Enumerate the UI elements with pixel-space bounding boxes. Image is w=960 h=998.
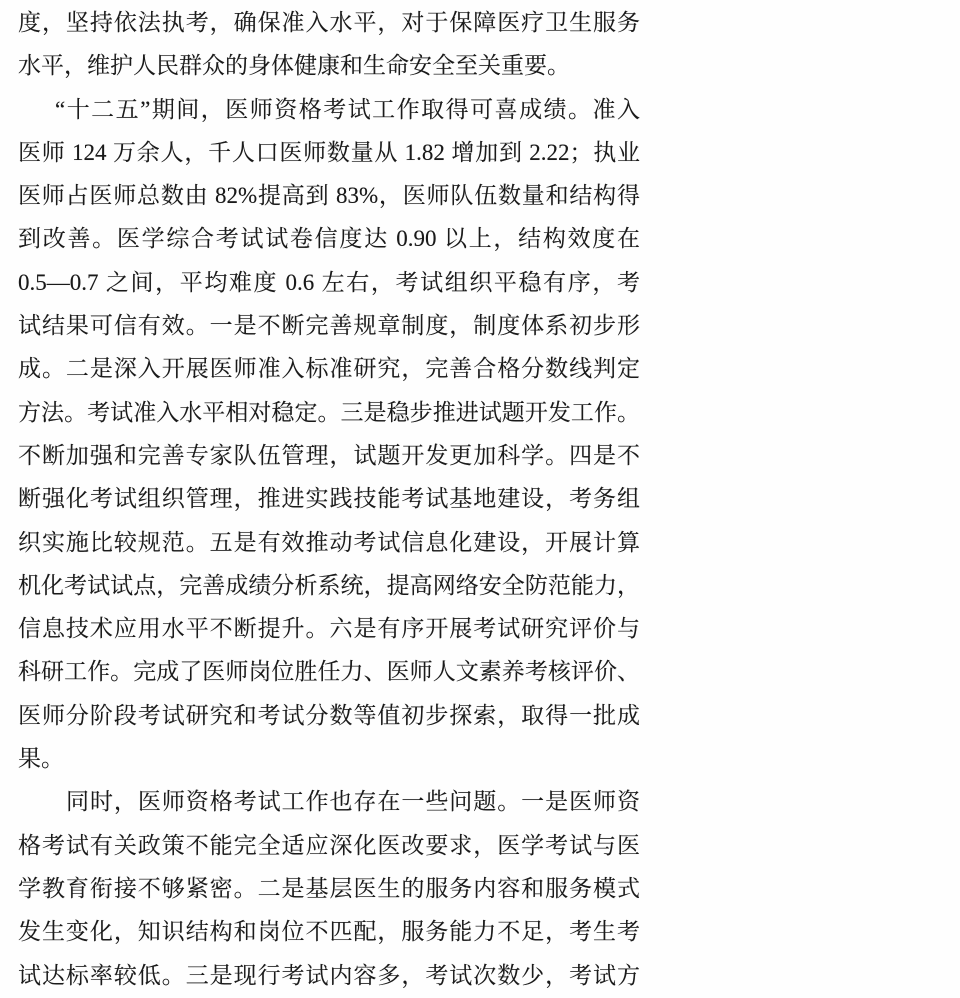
text-line paragraph-start: 同时，医师资格考试工作也存在一些问题。一是医师资	[18, 780, 640, 823]
text-line: 试结果可信有效。一是不断完善规章制度，制度体系初步形	[18, 304, 640, 347]
text-line: 织实施比较规范。五是有效推动考试信息化建设，开展计算	[18, 521, 640, 564]
text-block: 度，坚持依法执考，确保准入水平，对于保障医疗卫生服务 水平，维护人民群众的身体健…	[18, 1, 640, 997]
text-line paragraph-start: “十二五”期间，医师资格考试工作取得可喜成绩。准入	[18, 88, 640, 131]
text-line: 成。二是深入开展医师准入标准研究，完善合格分数线判定	[18, 347, 640, 390]
text-line paragraph-end: 果。	[18, 737, 640, 780]
text-line: 学教育衔接不够紧密。二是基层医生的服务内容和服务模式	[18, 867, 640, 910]
text-line: 水平，维护人民群众的身体健康和生命安全至关重要。	[18, 44, 640, 87]
text-line: 到改善。医学综合考试试卷信度达 0.90 以上，结构效度在	[18, 217, 640, 260]
text-line: 医师占医师总数由 82%提高到 83%，医师队伍数量和结构得	[18, 174, 640, 217]
text-line: 不断加强和完善专家队伍管理，试题开发更加科学。四是不	[18, 434, 640, 477]
text-line: 发生变化，知识结构和岗位不匹配，服务能力不足，考生考	[18, 910, 640, 953]
document-page: 度，坚持依法执考，确保准入水平，对于保障医疗卫生服务 水平，维护人民群众的身体健…	[0, 0, 960, 998]
text-line: 0.5—0.7 之间，平均难度 0.6 左右，考试组织平稳有序，考	[18, 261, 640, 304]
text-line: 度，坚持依法执考，确保准入水平，对于保障医疗卫生服务	[18, 1, 640, 44]
text-line: 信息技术应用水平不断提升。六是有序开展考试研究评价与	[18, 607, 640, 650]
text-line: 科研工作。完成了医师岗位胜任力、医师人文素养考核评价、	[18, 650, 640, 693]
text-line: 断强化考试组织管理，推进实践技能考试基地建设，考务组	[18, 477, 640, 520]
text-line: 方法。考试准入水平相对稳定。三是稳步推进试题开发工作。	[18, 391, 640, 434]
text-line: 医师 124 万余人，千人口医师数量从 1.82 增加到 2.22；执业	[18, 131, 640, 174]
text-line: 试达标率较低。三是现行考试内容多，考试次数少，考试方	[18, 954, 640, 997]
text-line: 机化考试试点，完善成绩分析系统，提高网络安全防范能力，	[18, 564, 640, 607]
text-line: 格考试有关政策不能完全适应深化医改要求，医学考试与医	[18, 824, 640, 867]
text-line: 医师分阶段考试研究和考试分数等值初步探索，取得一批成	[18, 694, 640, 737]
